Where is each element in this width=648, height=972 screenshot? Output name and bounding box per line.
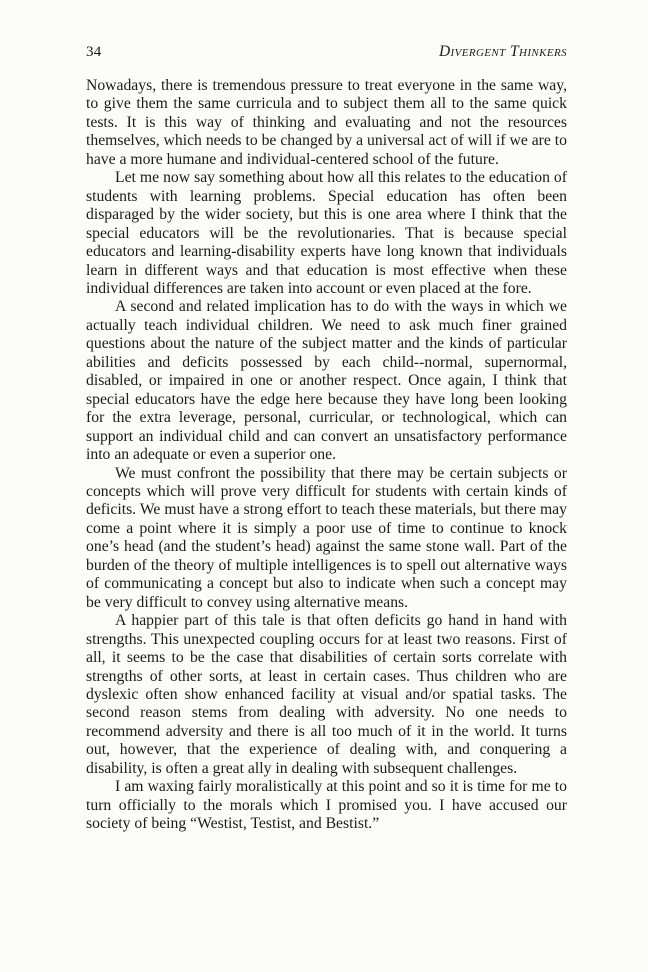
paragraph-1: Nowadays, there is tremendous pressure t… xyxy=(86,77,567,169)
page-number: 34 xyxy=(86,44,102,61)
paragraph-5: A happier part of this tale is that ofte… xyxy=(86,612,567,778)
paragraph-3: A second and related implication has to … xyxy=(86,298,567,464)
book-title: Divergent Thinkers xyxy=(439,43,567,61)
page-content: 34 Divergent Thinkers Nowadays, there is… xyxy=(86,43,567,834)
paragraph-6: I am waxing fairly moralistically at thi… xyxy=(86,778,567,833)
book-page: 34 Divergent Thinkers Nowadays, there is… xyxy=(0,0,648,972)
running-header: 34 Divergent Thinkers xyxy=(86,43,567,61)
paragraph-4: We must confront the possibility that th… xyxy=(86,465,567,613)
paragraph-2: Let me now say something about how all t… xyxy=(86,169,567,298)
page-body: Nowadays, there is tremendous pressure t… xyxy=(86,77,567,834)
